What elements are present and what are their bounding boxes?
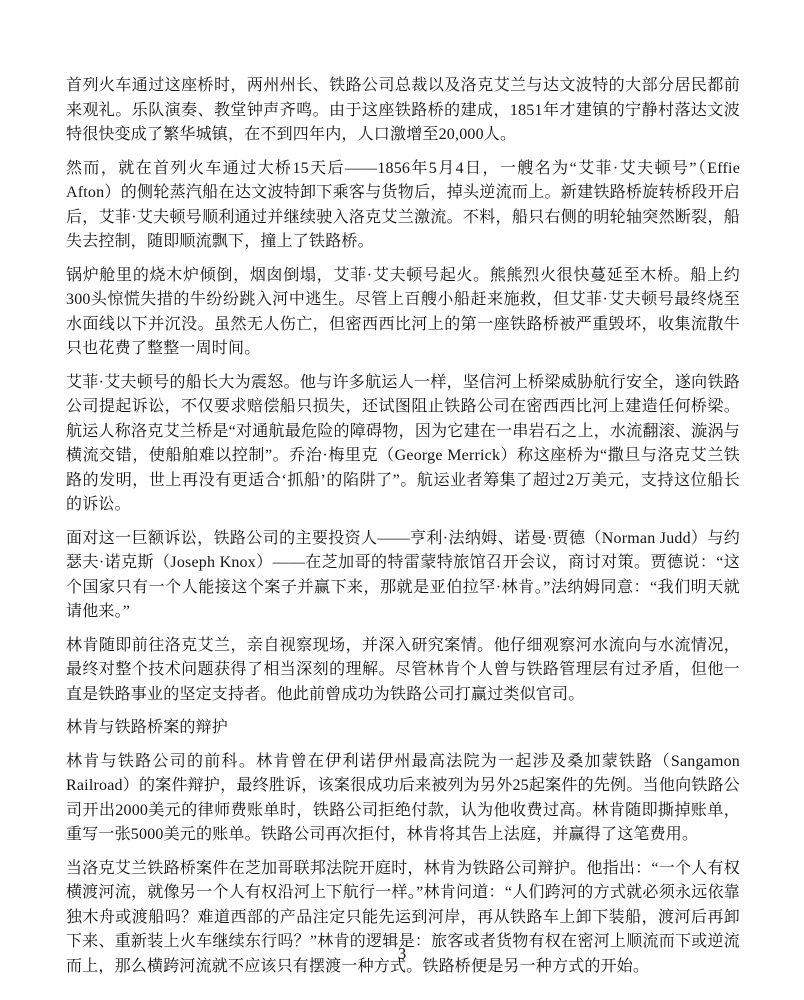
page-number: 3 [0, 944, 804, 964]
paragraph-captain-lawsuit: 艾菲·艾夫顿号的船长大为震怒。他与许多航运人一样，坚信河上桥梁威胁航行安全，遂向… [66, 371, 740, 518]
paragraph-investors-meeting: 面对这一巨额诉讼，铁路公司的主要投资人——亨利·法纳姆、诺曼·贾德（Norman… [66, 527, 740, 625]
paragraph-effie-afton-crash: 然而，就在首列火车通过大桥15天后——1856年5月4日，一艘名为“艾菲·艾夫顿… [66, 157, 740, 255]
document-page: 首列火车通过这座桥时，两州州长、铁路公司总裁以及洛克艾兰与达文波特的大部分居民都… [0, 0, 804, 1000]
paragraph-first-train: 首列火车通过这座桥时，两州州长、铁路公司总裁以及洛克艾兰与达文波特的大部分居民都… [66, 74, 740, 148]
paragraph-fire-and-sinking: 锅炉舱里的烧木炉倾倒，烟囱倒塌，艾菲·艾夫顿号起火。熊熊烈火很快蔓延至木桥。船上… [66, 264, 740, 362]
paragraph-lincoln-investigation: 林肯随即前往洛克艾兰，亲自视察现场，并深入研究案情。他仔细观察河水流向与水流情况… [66, 634, 740, 708]
section-heading-lincoln-defense: 林肯与铁路桥案的辩护 [66, 716, 740, 741]
paragraph-sangamon-precedent: 林肯与铁路公司的前科。林肯曾在伊利诺伊州最高法院为一起涉及桑加蒙铁路（Sanga… [66, 750, 740, 848]
document-body: 首列火车通过这座桥时，两州州长、铁路公司总裁以及洛克艾兰与达文波特的大部分居民都… [66, 74, 740, 988]
